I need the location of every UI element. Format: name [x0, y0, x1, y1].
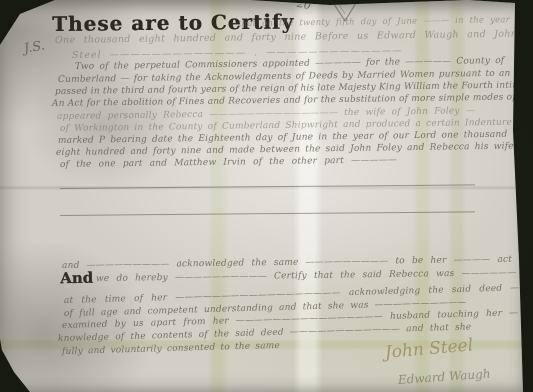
document-line: fully and voluntarily consented to the s…	[62, 341, 280, 357]
blank-rule-line	[60, 211, 475, 216]
signature-edward-waugh: Edward Waugh	[398, 367, 491, 387]
signature-john-steel: John Steel	[384, 335, 474, 363]
photo-backdrop: 20 J.S. These are to Certify that on the…	[0, 0, 533, 392]
document-line: of the one part and Matthew Irvin of the…	[60, 155, 397, 170]
pencil-number: 20	[296, 0, 312, 12]
and-heading: And	[60, 269, 93, 288]
margin-initials: J.S.	[23, 38, 46, 56]
vellum-document: 20 J.S. These are to Certify that on the…	[0, 0, 533, 392]
document-line: we do hereby —————————— Certify that the…	[96, 268, 517, 284]
blank-rule-line	[60, 184, 475, 189]
